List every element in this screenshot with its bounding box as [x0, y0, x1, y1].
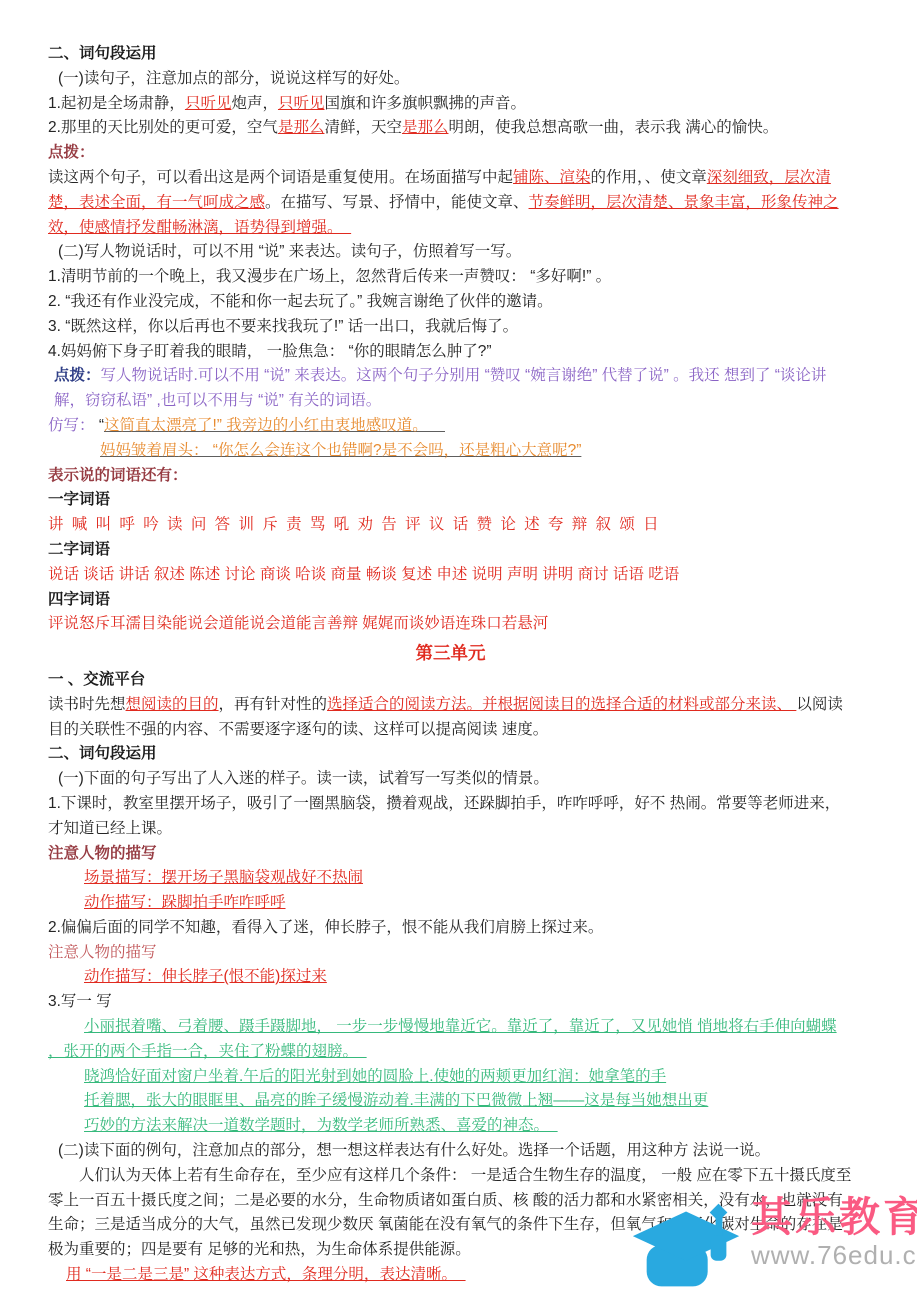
text-segment: 1.下课时，教室里摆开场子，吸引了一圈黑脑袋，攒着观战，还跺脚拍手，咋咋呼呼，好… [48, 795, 840, 837]
text-segment: 第三单元 [416, 643, 486, 663]
green-example: 巧妙的方法来解决一道数学题时，为数学老师所熟悉、喜爱的神态。 [48, 1114, 853, 1139]
text-segment: (二)写人物说话时，可以不用 “说” 来表达。读句子，仿照着写一写。 [58, 243, 521, 260]
text-segment: (一)读句子，注意加点的部分，说说这样写的好处。 [58, 70, 409, 87]
watermark-brand: 其乐教育 [751, 1194, 917, 1240]
text-segment: 点拨： [48, 144, 95, 161]
text-segment: 明朗，使我总想高歌一曲，表示我 满心的愉快。 [448, 119, 778, 136]
graduation-cap-icon [625, 1199, 751, 1289]
text-segment: 说话 谈话 讲话 叙述 陈述 讨论 商谈 哈谈 商量 畅谈 复述 申述 说明 声… [48, 566, 679, 583]
note-heading: 注意人物的描写 [48, 941, 853, 966]
text-segment: 4.妈妈俯下身子盯着我的眼睛， 一脸焦急： “你的眼睛怎么肿了?” [48, 343, 492, 360]
watermark-text: 其乐教育 www.76edu.com [751, 1192, 917, 1270]
text-segment: 写人物说话时.可以不用 “说” 来表达。这两个句子分别用 “赞叹 “婉言谢绝” … [54, 367, 826, 409]
text-segment: 注意人物的描写 [48, 845, 157, 862]
example-sentence: 1.下课时，教室里摆开场子，吸引了一圈黑脑袋，攒着观战，还跺脚拍手，咋咋呼呼，好… [48, 792, 853, 842]
description-line: 动作描写：伸长脖子(恨不能)探过来 [48, 965, 853, 990]
text-segment: 铺陈、渲染 [513, 169, 591, 186]
text-segment: 2. “我还有作业没完成，不能和你一起去玩了。” 我婉言谢绝了伙伴的邀请。 [48, 293, 553, 310]
text-segment: (一)下面的句子写出了人入迷的样子。读一读，试着写一写类似的情景。 [58, 770, 549, 787]
description-line: 场景描写：摆开场子黑脑袋观战好不热闹 [48, 866, 853, 891]
text-segment: 2.那里的天比别处的更可爱，空气 [48, 119, 278, 136]
text-segment: 这简直太漂亮了!” 我旁边的小红由衷地感叹道。 [104, 417, 445, 434]
word-list-heading: 一字词语 [48, 488, 853, 513]
word-list: 讲 喊 叫 呼 吟 读 问 答 训 斥 责 骂 吼 劝 告 评 议 话 赞 论 … [48, 513, 853, 538]
text-segment: 想阅读的目的 [126, 696, 219, 713]
section-heading: 二、词句段运用 [48, 42, 853, 67]
text-segment: 仿写： [48, 417, 99, 434]
instruction-line: (一)读句子，注意加点的部分，说说这样写的好处。 [48, 67, 853, 92]
section-heading: 二、词句段运用 [48, 742, 853, 767]
platform-paragraph: 读书时先想想阅读的目的，再有针对性的选择适合的阅读方法。并根据阅读目的选择合适的… [48, 693, 853, 743]
text-segment: 。在描写、写景、抒情中，能使文章、 [265, 194, 529, 211]
description-line: 动作描写：跺脚拍手咋咋呼呼 [48, 891, 853, 916]
text-segment: 一 、交流平台 [48, 671, 145, 688]
document-body: 二、词句段运用(一)读句子，注意加点的部分，说说这样写的好处。1.起初是全场肃静… [0, 0, 861, 1288]
watermark-url: www.76edu.com [751, 1240, 917, 1270]
text-segment: ，再有针对性的 [219, 696, 328, 713]
green-example: ，张开的两个手指一合，夹住了粉蝶的翅膀。 [48, 1040, 853, 1065]
green-example: 托着腮，张大的眼眶里、晶亮的眸子缓慢游动着.丰满的下巴微微上翘——这是每当她想出… [48, 1089, 853, 1114]
text-segment: 是那么 [278, 119, 325, 136]
text-segment: 四字词语 [48, 591, 110, 608]
text-segment: 表示说的词语还有： [48, 467, 188, 484]
text-segment: 场景描写：摆开场子黑脑袋观战好不热闹 [84, 869, 363, 886]
example-sentence: 1.清明节前的一个晚上，我又漫步在广场上，忽然背后传来一声赞叹： “多好啊!” … [48, 265, 853, 290]
example-sentence: 2.偏偏后面的同学不知趣，看得入了迷，伸长脖子，恨不能从我们肩膀上探过来。 [48, 916, 853, 941]
text-segment: ，张开的两个手指一合，夹住了粉蝶的翅膀。 [48, 1043, 367, 1060]
word-list-heading: 二字词语 [48, 538, 853, 563]
document-page: 二、词句段运用(一)读句子，注意加点的部分，说说这样写的好处。1.起初是全场肃静… [0, 0, 917, 1289]
pointer-paragraph: 点拨：写人物说话时.可以不用 “说” 来表达。这两个句子分别用 “赞叹 “婉言谢… [48, 364, 853, 414]
text-segment: (二)读下面的例句，注意加点的部分，想一想这样表达有什么好处。选择一个话题，用这… [58, 1142, 770, 1159]
text-segment: 晓鸿恰好面对窗户坐着.午后的阳光射到她的圆脸上.使她的两颊更加红润：她拿笔的手 [84, 1068, 666, 1085]
text-segment: 巧妙的方法来解决一道数学题时，为数学老师所熟悉、喜爱的神态。 [84, 1117, 558, 1134]
text-segment: 注意人物的描写 [48, 944, 157, 961]
word-list-heading: 四字词语 [48, 588, 853, 613]
text-segment: 小丽抿着嘴、弓着腰、蹑手蹑脚地， 一步一步慢慢地靠近它。靠近了，靠近了，又见她悄… [84, 1018, 837, 1035]
section-heading: 一 、交流平台 [48, 668, 853, 693]
text-segment: 的作用，、使文章 [591, 169, 707, 186]
pointer-paragraph: 读这两个句子，可以看出这是两个词语是重复使用。在场面描写中起铺陈、渲染的作用，、… [48, 166, 853, 240]
text-segment: 妈妈皱着眉头： “你怎么会连这个也错啊?是不会吗，还是粗心大意呢?” [100, 442, 581, 459]
text-segment: 3. “既然这样，你以后再也不要来找我玩了!” 话一出口，我就后悔了。 [48, 318, 518, 335]
watermark: 其乐教育 www.76edu.com [625, 1192, 917, 1289]
text-segment: 1.清明节前的一个晚上，我又漫步在广场上，忽然背后传来一声赞叹： “多好啊!” … [48, 268, 611, 285]
text-segment: 读书时先想 [48, 696, 126, 713]
text-segment: 炮声， [231, 95, 278, 112]
word-list: 说话 谈话 讲话 叙述 陈述 讨论 商谈 哈谈 商量 畅谈 复述 申述 说明 声… [48, 563, 853, 588]
example-sentence: 1.起初是全场肃静，只听见炮声，只听见国旗和许多旗帜飘拂的声音。 [48, 92, 853, 117]
example-sentence: 4.妈妈俯下身子盯着我的眼睛， 一脸焦急： “你的眼睛怎么肿了?” [48, 340, 853, 365]
text-segment: 动作描写：伸长脖子(恨不能)探过来 [84, 968, 327, 985]
imitation-line: 仿写： “这简直太漂亮了!” 我旁边的小红由衷地感叹道。 [48, 414, 853, 439]
text-segment: 清鲜，天空 [324, 119, 402, 136]
text-segment: 是那么 [402, 119, 449, 136]
text-segment: 国旗和许多旗帜飘拂的声音。 [324, 95, 526, 112]
example-sentence: 3. “既然这样，你以后再也不要来找我玩了!” 话一出口，我就后悔了。 [48, 315, 853, 340]
text-segment: 2.偏偏后面的同学不知趣，看得入了迷，伸长脖子，恨不能从我们肩膀上探过来。 [48, 919, 603, 936]
text-segment: 只听见 [185, 95, 232, 112]
text-segment: 3.写一 写 [48, 993, 112, 1010]
instruction-line: 3.写一 写 [48, 990, 853, 1015]
text-segment: 二字词语 [48, 541, 110, 558]
instruction-line: (一)下面的句子写出了人入迷的样子。读一读，试着写一写类似的情景。 [48, 767, 853, 792]
text-segment: 点拨： [54, 367, 101, 384]
text-segment: 1.起初是全场肃静， [48, 95, 185, 112]
text-segment: 二、词句段运用 [48, 45, 157, 62]
word-list-heading: 表示说的词语还有： [48, 464, 853, 489]
instruction-line: (二)写人物说话时，可以不用 “说” 来表达。读句子，仿照着写一写。 [48, 240, 853, 265]
note-heading: 注意人物的描写 [48, 842, 853, 867]
text-segment: 只听见 [278, 95, 325, 112]
example-sentence: 2.那里的天比别处的更可爱，空气是那么清鲜，天空是那么明朗，使我总想高歌一曲，表… [48, 116, 853, 141]
text-segment: 读这两个句子，可以看出这是两个词语是重复使用。在场面描写中起 [48, 169, 513, 186]
text-segment: 评说怒斥耳濡目染能说会道能说会道能言善辩 娓娓而谈妙语连珠口若悬河 [48, 615, 548, 632]
imitation-line: 妈妈皱着眉头： “你怎么会连这个也错啊?是不会吗，还是粗心大意呢?” [48, 439, 853, 464]
pointer-label-line: 点拨： [48, 141, 853, 166]
green-example: 晓鸿恰好面对窗户坐着.午后的阳光射到她的圆脸上.使她的两颊更加红润：她拿笔的手 [48, 1065, 853, 1090]
text-segment: 选择适合的阅读方法。并根据阅读目的选择合适的材料或部分来读、 [327, 696, 796, 713]
text-segment: 二、词句段运用 [48, 745, 157, 762]
green-example: 小丽抿着嘴、弓着腰、蹑手蹑脚地， 一步一步慢慢地靠近它。靠近了，靠近了，又见她悄… [48, 1015, 853, 1040]
example-sentence: 2. “我还有作业没完成，不能和你一起去玩了。” 我婉言谢绝了伙伴的邀请。 [48, 290, 853, 315]
text-segment: 用 “一是二是三是” 这种表达方式，条理分明，表达清晰。 [66, 1266, 466, 1283]
text-segment: 讲 喊 叫 呼 吟 读 问 答 训 斥 责 骂 吼 劝 告 评 议 话 赞 论 … [48, 516, 661, 533]
text-segment: 托着腮，张大的眼眶里、晶亮的眸子缓慢游动着.丰满的下巴微微上翘——这是每当她想出… [84, 1092, 708, 1109]
text-segment: 一字词语 [48, 491, 110, 508]
text-segment: 动作描写：跺脚拍手咋咋呼呼 [84, 894, 286, 911]
instruction-line: (二)读下面的例句，注意加点的部分，想一想这样表达有什么好处。选择一个话题，用这… [48, 1139, 853, 1164]
unit-heading: 第三单元 [48, 641, 853, 668]
word-list: 评说怒斥耳濡目染能说会道能说会道能言善辩 娓娓而谈妙语连珠口若悬河 [48, 612, 853, 637]
